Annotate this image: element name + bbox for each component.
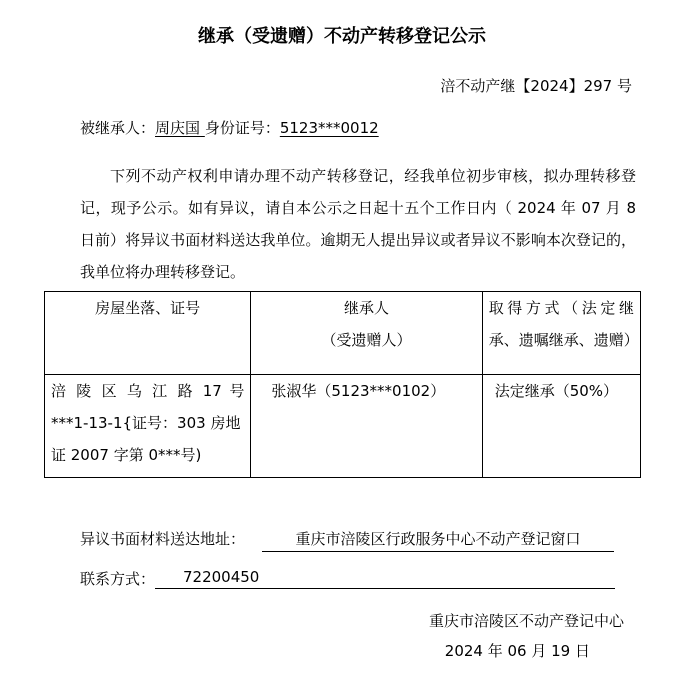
property-table: 房屋坐落、证号 继承人 （受遗赠人） 取得方式（法定继承、遗嘱继承、遗赠） 涪 … (44, 291, 641, 478)
header-heir: 继承人 （受遗赠人） (251, 292, 482, 375)
heir-text: 张淑华（5123***0102） (271, 382, 445, 400)
header-legatee-text: （受遗赠人） (257, 324, 475, 356)
decedent-label: 被继承人： (80, 119, 155, 137)
location-rest: ***1-13-1{证号：303 房地证 2007 字第 0***号) (51, 414, 240, 464)
contact-label: 联系方式： (80, 568, 155, 589)
table-row: 涪 陵 区 乌 江 路 17 号 ***1-13-1{证号：303 房地证 20… (45, 375, 641, 478)
document-title: 继承（受遗赠）不动产转移登记公示 (0, 22, 684, 48)
decedent-info: 被继承人：周庆国 身份证号：5123***0012 (80, 117, 379, 138)
header-location-text: 房屋坐落、证号 (95, 299, 200, 317)
issue-date: 2024 年 06 月 19 日 (445, 640, 590, 661)
document-number: 涪不动产继【2024】297 号 (440, 75, 632, 96)
method-text: 法定继承（50%） (495, 382, 618, 400)
objection-address-label: 异议书面材料送达地址： (80, 528, 245, 549)
contact-value: 72200450 (155, 568, 615, 589)
table-header-row: 房屋坐落、证号 继承人 （受遗赠人） 取得方式（法定继承、遗嘱继承、遗赠） (45, 292, 641, 375)
cell-method: 法定继承（50%） (482, 375, 640, 478)
decedent-id-number: 5123***0012 (280, 119, 379, 137)
id-label: 身份证号： (205, 119, 280, 137)
header-location: 房屋坐落、证号 (45, 292, 251, 375)
header-method-text: 取得方式（法定继承、遗嘱继承、遗赠） (489, 299, 639, 349)
objection-address-value: 重庆市涪陵区行政服务中心不动产登记窗口 (262, 528, 614, 552)
notice-paragraph: 下列不动产权利申请办理不动产转移登记，经我单位初步审核，拟办理转移登记，现予公示… (80, 160, 636, 288)
decedent-name: 周庆国 (155, 119, 200, 137)
cell-heir: 张淑华（5123***0102） (251, 375, 482, 478)
issuer-name: 重庆市涪陵区不动产登记中心 (429, 610, 624, 631)
header-heir-text: 继承人 (257, 292, 475, 324)
header-method: 取得方式（法定继承、遗嘱继承、遗赠） (482, 292, 640, 375)
location-line1: 涪 陵 区 乌 江 路 17 号 (51, 375, 244, 407)
cell-location: 涪 陵 区 乌 江 路 17 号 ***1-13-1{证号：303 房地证 20… (45, 375, 251, 478)
